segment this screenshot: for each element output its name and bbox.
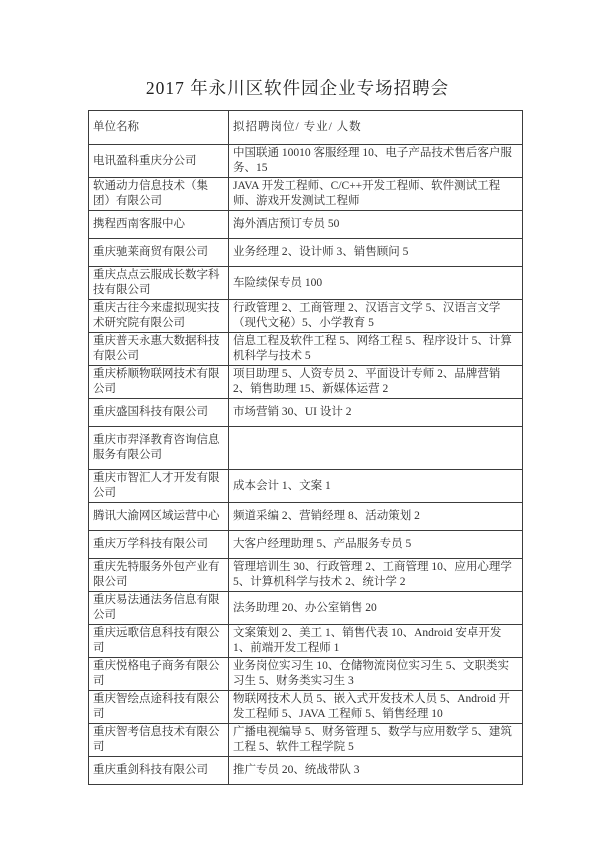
table-row: 重庆重剑科技有限公司推广专员 20、统战带队 3: [89, 757, 523, 785]
positions-cell: 法务助理 20、办公室销售 20: [229, 592, 523, 625]
positions-cell: 管理培训生 30、行政管理 2、工商管理 10、应用心理学 5、计算机科学与技术…: [229, 559, 523, 592]
table-row: 重庆点点云服成长数字科技有限公司车险续保专员 100: [89, 267, 523, 300]
table-row: 重庆桥顺物联网技术有限公司项目助理 5、人资专员 2、平面设计专师 2、品牌营销…: [89, 366, 523, 399]
company-cell: 重庆重剑科技有限公司: [89, 757, 229, 785]
positions-cell: 业务岗位实习生 10、仓储物流岗位实习生 5、文职类实习生 5、财务类实习生 3: [229, 658, 523, 691]
company-cell: 重庆古往今来虚拟现实技术研究院有限公司: [89, 300, 229, 333]
company-cell: 软通动力信息技术（集团）有限公司: [89, 178, 229, 211]
positions-cell: 文案策划 2、美工 1、销售代表 10、Android 安卓开发 1、前端开发工…: [229, 625, 523, 658]
company-cell: 重庆桥顺物联网技术有限公司: [89, 366, 229, 399]
positions-cell: 推广专员 20、统战带队 3: [229, 757, 523, 785]
company-cell: 重庆智绘点途科技有限公司: [89, 691, 229, 724]
company-cell: 重庆市羿泽教育咨询信息服务有限公司: [89, 427, 229, 470]
company-cell: 重庆远歌信息科技有限公司: [89, 625, 229, 658]
table-row: 重庆智考信息技术有限公司广播电视编导 5、财务管理 5、数学与应用数学 5、建筑…: [89, 724, 523, 757]
company-cell: 重庆悦格电子商务有限公司: [89, 658, 229, 691]
positions-cell: [229, 427, 523, 470]
table-row: 腾讯大渝网区域运营中心频道采编 2、营销经理 8、活动策划 2: [89, 503, 523, 531]
positions-cell: JAVA 开发工程师、C/C++开发工程师、软件测试工程师、游戏开发测试工程师: [229, 178, 523, 211]
company-cell: 重庆市智汇人才开发有限公司: [89, 470, 229, 503]
positions-cell: 信息工程及软件工程 5、网络工程 5、程序设计 5、计算机科学与技术 5: [229, 333, 523, 366]
positions-cell: 大客户经理助理 5、产品服务专员 5: [229, 531, 523, 559]
company-cell: 重庆智考信息技术有限公司: [89, 724, 229, 757]
company-cell: 重庆先特服务外包产业有限公司: [89, 559, 229, 592]
table-row: 软通动力信息技术（集团）有限公司JAVA 开发工程师、C/C++开发工程师、软件…: [89, 178, 523, 211]
header-row: 单位名称 拟招聘岗位/ 专业/ 人数: [89, 111, 523, 145]
table-row: 重庆先特服务外包产业有限公司管理培训生 30、行政管理 2、工商管理 10、应用…: [89, 559, 523, 592]
positions-cell: 海外酒店预订专员 50: [229, 211, 523, 239]
company-cell: 重庆万学科技有限公司: [89, 531, 229, 559]
company-cell: 重庆驰莱商贸有限公司: [89, 239, 229, 267]
company-cell: 重庆易法通法务信息有限公司: [89, 592, 229, 625]
positions-cell: 市场营销 30、UI 设计 2: [229, 399, 523, 427]
positions-cell: 成本会计 1、文案 1: [229, 470, 523, 503]
positions-cell: 频道采编 2、营销经理 8、活动策划 2: [229, 503, 523, 531]
positions-cell: 广播电视编导 5、财务管理 5、数学与应用数学 5、建筑工程 5、软件工程学院 …: [229, 724, 523, 757]
page-title: 2017 年永川区软件园企业专场招聘会: [0, 0, 595, 100]
table-row: 重庆市羿泽教育咨询信息服务有限公司: [89, 427, 523, 470]
column-header-positions: 拟招聘岗位/ 专业/ 人数: [229, 111, 523, 145]
table-row: 电讯盈科重庆分公司中国联通 10010 客服经理 10、电子产品技术售后客户服务…: [89, 145, 523, 178]
column-header-company: 单位名称: [89, 111, 229, 145]
table-header: 单位名称 拟招聘岗位/ 专业/ 人数: [89, 111, 523, 145]
company-cell: 腾讯大渝网区域运营中心: [89, 503, 229, 531]
positions-cell: 行政管理 2、工商管理 2、汉语言文学 5、汉语言文学（现代文秘）5、小学教育 …: [229, 300, 523, 333]
positions-cell: 业务经理 2、设计师 3、销售顾问 5: [229, 239, 523, 267]
table-row: 重庆古往今来虚拟现实技术研究院有限公司行政管理 2、工商管理 2、汉语言文学 5…: [89, 300, 523, 333]
table-body: 电讯盈科重庆分公司中国联通 10010 客服经理 10、电子产品技术售后客户服务…: [89, 145, 523, 785]
positions-cell: 车险续保专员 100: [229, 267, 523, 300]
recruitment-table: 单位名称 拟招聘岗位/ 专业/ 人数 电讯盈科重庆分公司中国联通 10010 客…: [88, 110, 523, 785]
positions-cell: 项目助理 5、人资专员 2、平面设计专师 2、品牌营销 2、销售助理 15、新媒…: [229, 366, 523, 399]
table-row: 重庆盛国科技有限公司市场营销 30、UI 设计 2: [89, 399, 523, 427]
positions-cell: 物联网技术人员 5、嵌入式开发技术人员 5、Android 开发工程师 5、JA…: [229, 691, 523, 724]
table-row: 重庆易法通法务信息有限公司法务助理 20、办公室销售 20: [89, 592, 523, 625]
company-cell: 重庆普天永惠大数据科技有限公司: [89, 333, 229, 366]
document-page: 2017 年永川区软件园企业专场招聘会 单位名称 拟招聘岗位/ 专业/ 人数 电…: [0, 0, 595, 842]
table-row: 重庆智绘点途科技有限公司物联网技术人员 5、嵌入式开发技术人员 5、Androi…: [89, 691, 523, 724]
table-row: 携程西南客服中心海外酒店预订专员 50: [89, 211, 523, 239]
table-row: 重庆悦格电子商务有限公司业务岗位实习生 10、仓储物流岗位实习生 5、文职类实习…: [89, 658, 523, 691]
table-row: 重庆驰莱商贸有限公司业务经理 2、设计师 3、销售顾问 5: [89, 239, 523, 267]
table-row: 重庆万学科技有限公司大客户经理助理 5、产品服务专员 5: [89, 531, 523, 559]
positions-cell: 中国联通 10010 客服经理 10、电子产品技术售后客户服务、15: [229, 145, 523, 178]
company-cell: 重庆点点云服成长数字科技有限公司: [89, 267, 229, 300]
company-cell: 电讯盈科重庆分公司: [89, 145, 229, 178]
company-cell: 携程西南客服中心: [89, 211, 229, 239]
table-row: 重庆远歌信息科技有限公司文案策划 2、美工 1、销售代表 10、Android …: [89, 625, 523, 658]
table-row: 重庆市智汇人才开发有限公司成本会计 1、文案 1: [89, 470, 523, 503]
table-row: 重庆普天永惠大数据科技有限公司信息工程及软件工程 5、网络工程 5、程序设计 5…: [89, 333, 523, 366]
company-cell: 重庆盛国科技有限公司: [89, 399, 229, 427]
